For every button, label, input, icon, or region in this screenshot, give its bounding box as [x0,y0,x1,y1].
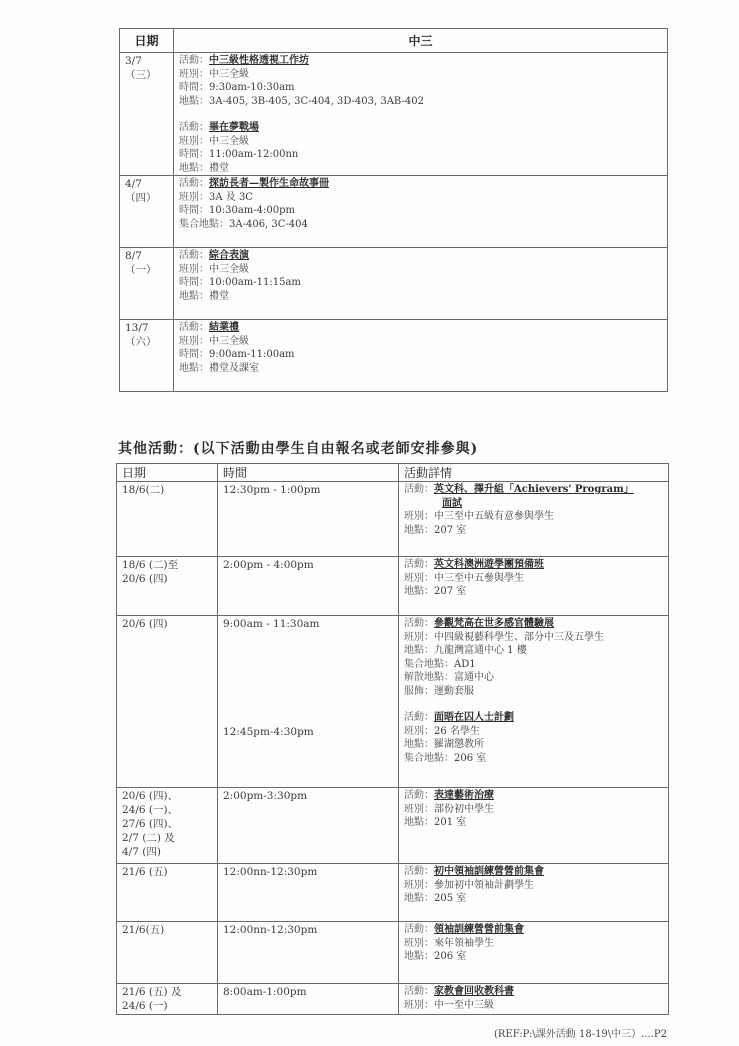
details-cell: 活動：中三級性格透視工作坊班別：中三全級時間：9:30am-10:30am地點：… [174,53,668,176]
field-value: 中三至中五級有意參與學生 [434,511,554,522]
activity-line: 時間：10:00am-11:15am [179,276,667,290]
activity-line: 地點：羅湖懲教所 [404,738,668,752]
activity-line: 地點：206 室 [404,950,668,964]
details-cell: 活動：領袖訓練營營前集會班別：來年領袖學生地點：206 室 [399,922,669,984]
activity-name: 初中領袖訓練營營前集會 [434,866,544,877]
activity-line: 活動：中三級性格透視工作坊 [179,54,667,68]
activity-line: 班別：中三全級 [179,68,667,82]
activity-line: 班別：3A 及 3C [179,191,667,205]
activity-block: 活動：面晤在囚人士計劃班別：26 名學生地點：羅湖懲教所集合地點：206 室 [404,711,668,765]
table-row: 21/6 (五) 及 24/6 (一)8:00am-1:00pm活動：家教會回收… [117,984,669,1015]
activity-line: 活動：參觀梵高在世多感官體驗展 [404,617,668,631]
field-label: 地點： [404,739,434,750]
time-cell: 8:00am-1:00pm [218,984,399,1015]
field-value: 中三全級 [209,69,249,80]
activity-line: 班別：中三全級 [179,335,667,349]
time-value: 12:30pm - 1:00pm [223,483,398,497]
field-label: 地點： [404,893,434,904]
field-label: 活動： [404,986,434,997]
activity-line: 活動：領袖訓練營營前集會 [404,923,668,937]
activity-line: 班別：中三至中五參與學生 [404,572,668,586]
activity-block: 活動：家教會回收教科書班別：中一至中三級 [404,985,668,1012]
activity-block: 活動：英文科澳洲遊學團預備班班別：中三至中五參與學生地點：207 室 [404,558,668,599]
activity-line: 班別：中一至中三級 [404,999,668,1013]
details-cell: 活動：參觀梵高在世多感官體驗展班別：中四級視藝科學生、部分中三及五學生地點：九龍… [399,616,669,788]
field-label: 活動： [179,178,209,189]
activity-block: 活動：參觀梵高在世多感官體驗展班別：中四級視藝科學生、部分中三及五學生地點：九龍… [404,617,668,698]
field-value: 中三全級 [209,264,249,275]
details-cell: 活動：綜合表演班別：中三全級時間：10:00am-11:15am地點：禮堂 [174,248,668,320]
activity-name: 家教會回收教科書 [434,986,514,997]
field-label: 班別： [404,726,434,737]
activity-line: 班別：部份初中學生 [404,803,668,817]
field-value: AD1 [454,659,476,670]
activity-line: 地點：禮堂及課室 [179,362,667,376]
activity-name: 英文科、擇升組「Achievers' Program」 [434,484,634,495]
field-value: 201 室 [434,817,466,828]
field-value: 中三全級 [209,136,249,147]
field-value: 禮堂 [209,163,229,174]
field-label: 時間： [179,149,209,160]
date-cell: 20/6 (四) [117,616,218,788]
activity-line: 班別：來年領袖學生 [404,937,668,951]
field-label: 活動： [404,924,434,935]
field-value: 207 室 [434,525,466,536]
activity-line: 活動：面晤在囚人士計劃 [404,711,668,725]
field-label: 服飾： [404,686,434,697]
page-reference-footer: (REF:P:\課外活動 18-19\中三）....P2 [494,1025,667,1040]
field-label: 班別： [404,632,434,643]
field-value: 來年領袖學生 [434,938,494,949]
field-value: 禮堂及課室 [209,363,259,374]
field-value: 中一至中三級 [434,1000,494,1011]
field-label: 活動： [404,484,434,495]
activity-line: 班別：中三全級 [179,263,667,277]
field-value: 3A 及 3C [209,192,253,203]
field-value: 參加初中領袖計劃學生 [434,880,534,891]
activity-line: 活動：家教會回收教科書 [404,985,668,999]
date-cell: 21/6(五) [117,922,218,984]
form3-schedule-table: 日期 中三 3/7 （三）活動：中三級性格透視工作坊班別：中三全級時間：9:30… [119,28,668,392]
activity-line: 集合地點：AD1 [404,658,668,672]
time-value: 12:45pm-4:30pm [223,725,398,739]
date-cell: 4/7 （四） [120,176,174,248]
activity-name: 面試 [442,498,462,509]
activity-block: 活動：畢在夢戰場班別：中三全級時間：11:00am-12:00nn地點：禮堂 [179,121,667,175]
activity-line: 集合地點：3A-406, 3C-404 [179,218,667,232]
activity-block: 活動：英文科、擇升組「Achievers' Program」面試班別：中三至中五… [404,483,668,537]
field-label: 班別： [179,192,209,203]
activity-line: 服飾：運動套服 [404,685,668,699]
time-value: 12:00nn-12:30pm [223,865,398,879]
header-details: 活動詳情 [399,464,669,482]
activity-line: 班別：26 名學生 [404,725,668,739]
activity-line: 活動：初中領袖訓練營營前集會 [404,865,668,879]
field-label: 班別： [179,336,209,347]
activity-line: 活動：畢在夢戰場 [179,121,667,135]
field-label: 班別： [404,938,434,949]
activity-name: 中三級性格透視工作坊 [209,55,309,66]
table-row: 21/6 (五)12:00nn-12:30pm活動：初中領袖訓練營營前集會班別：… [117,864,669,922]
activity-line: 活動：英文科澳洲遊學團預備班 [404,558,668,572]
field-value: 9:30am-10:30am [209,82,295,93]
table-row: 18/6 (二)至 20/6 (四)2:00pm - 4:00pm活動：英文科澳… [117,557,669,616]
field-value: 富通中心 [454,672,494,683]
field-value: 11:00am-12:00nn [209,149,298,160]
activity-line: 活動：表達藝術治療 [404,789,668,803]
date-cell: 18/6(二) [117,482,218,557]
field-label: 解散地點： [404,672,454,683]
field-label: 時間： [179,205,209,216]
field-label: 班別： [404,1000,434,1011]
field-label: 集合地點： [404,753,454,764]
field-label: 地點： [179,291,209,302]
activity-line: 地點：禮堂 [179,290,667,304]
table-header-row: 日期 中三 [120,29,668,53]
field-value: 中三至中五參與學生 [434,573,524,584]
field-value: 206 室 [434,951,466,962]
activity-name: 面晤在囚人士計劃 [434,712,514,723]
field-label: 活動： [404,866,434,877]
field-value: 9:00am-11:00am [209,349,295,360]
activity-line: 時間：10:30am-4:00pm [179,204,667,218]
header-date: 日期 [117,464,218,482]
activity-name: 結業禮 [209,322,239,333]
activity-block: 活動：表達藝術治療班別：部份初中學生地點：201 室 [404,789,668,830]
other-activities-table: 日期 時間 活動詳情 18/6(二)12:30pm - 1:00pm活動：英文科… [116,463,669,1015]
details-cell: 活動：英文科、擇升組「Achievers' Program」面試班別：中三至中五… [399,482,669,557]
field-value: 部份初中學生 [434,804,494,815]
time-cell: 12:00nn-12:30pm [218,864,399,922]
activity-line: 活動：綜合表演 [179,249,667,263]
field-label: 地點： [404,817,434,828]
time-value: 2:00pm - 4:00pm [223,558,398,572]
field-value: 3A-405, 3B-405, 3C-404, 3D-403, 3AB-402 [209,96,424,107]
field-value: 10:00am-11:15am [209,277,301,288]
activity-name: 綜合表演 [209,250,249,261]
field-label: 班別： [404,880,434,891]
field-label: 班別： [179,136,209,147]
field-value: 運動套服 [434,686,474,697]
activity-line: 地點：207 室 [404,524,668,538]
activity-name: 英文科澳洲遊學團預備班 [434,559,544,570]
activity-line: 班別：中三至中五級有意參與學生 [404,510,668,524]
activity-name: 領袖訓練營營前集會 [434,924,524,935]
time-value: 8:00am-1:00pm [223,985,398,999]
date-cell: 21/6 (五) 及 24/6 (一) [117,984,218,1015]
table-row: 18/6(二)12:30pm - 1:00pm活動：英文科、擇升組「Achiev… [117,482,669,557]
field-label: 地點： [404,525,434,536]
table-row: 20/6 (四)、 24/6 (一)、 27/6 (四)、 2/7 (二) 及 … [117,788,669,864]
field-label: 活動： [179,322,209,333]
field-label: 活動： [179,55,209,66]
field-label: 地點： [404,645,434,656]
time-cell: 12:30pm - 1:00pm [218,482,399,557]
activity-line: 班別：參加初中領袖計劃學生 [404,879,668,893]
activity-line: 地點：禮堂 [179,162,667,176]
field-value: 中三全級 [209,336,249,347]
time-cell: 2:00pm-3:30pm [218,788,399,864]
activity-line: 班別：中三全級 [179,135,667,149]
field-label: 地點： [179,363,209,374]
table-row: 21/6(五)12:00nn-12:30pm活動：領袖訓練營營前集會班別：來年領… [117,922,669,984]
activity-line: 地點：201 室 [404,816,668,830]
details-cell: 活動：表達藝術治療班別：部份初中學生地點：201 室 [399,788,669,864]
activity-name: 表達藝術治療 [434,790,494,801]
activity-line: 地點：九龍灣富通中心 1 樓 [404,644,668,658]
activity-line: 活動：結業禮 [179,321,667,335]
field-value: 205 室 [434,893,466,904]
activity-block: 活動：結業禮班別：中三全級時間：9:00am-11:00am地點：禮堂及課室 [179,321,667,375]
field-label: 集合地點： [404,659,454,670]
activity-line: 時間：11:00am-12:00nn [179,148,667,162]
table-row: 8/7 （一）活動：綜合表演班別：中三全級時間：10:00am-11:15am地… [120,248,668,320]
date-cell: 13/7 （六） [120,320,174,392]
field-label: 時間： [179,349,209,360]
activity-line: 地點：205 室 [404,892,668,906]
activity-block: 活動：初中領袖訓練營營前集會班別：參加初中領袖計劃學生地點：205 室 [404,865,668,906]
time-cell: 2:00pm - 4:00pm [218,557,399,616]
activity-line: 集合地點：206 室 [404,752,668,766]
activity-line: 地點：207 室 [404,585,668,599]
field-value: 羅湖懲教所 [434,739,484,750]
details-cell: 活動：探訪長者—製作生命故事冊班別：3A 及 3C時間：10:30am-4:00… [174,176,668,248]
date-cell: 20/6 (四)、 24/6 (一)、 27/6 (四)、 2/7 (二) 及 … [117,788,218,864]
date-cell: 18/6 (二)至 20/6 (四) [117,557,218,616]
header-grade: 中三 [174,29,668,53]
field-label: 活動： [404,618,434,629]
activity-line: 活動：英文科、擇升組「Achievers' Program」 [404,483,668,497]
activity-line: 時間：9:00am-11:00am [179,348,667,362]
activity-line: 時間：9:30am-10:30am [179,81,667,95]
details-cell: 活動：初中領袖訓練營營前集會班別：參加初中領袖計劃學生地點：205 室 [399,864,669,922]
activity-name: 畢在夢戰場 [209,122,259,133]
field-label: 集合地點： [179,219,229,230]
activity-block: 活動：中三級性格透視工作坊班別：中三全級時間：9:30am-10:30am地點：… [179,54,667,108]
date-cell: 3/7 （三） [120,53,174,176]
activity-line: 面試 [404,497,668,511]
field-value: 207 室 [434,586,466,597]
header-time: 時間 [218,464,399,482]
time-value: 12:00nn-12:30pm [223,923,398,937]
details-cell: 活動：英文科澳洲遊學團預備班班別：中三至中五參與學生地點：207 室 [399,557,669,616]
field-label: 地點： [179,163,209,174]
time-cell: 12:00nn-12:30pm [218,922,399,984]
field-value: 九龍灣富通中心 1 樓 [434,645,527,656]
header-date: 日期 [120,29,174,53]
field-label: 班別： [404,573,434,584]
time-value: 9:00am - 11:30am [223,617,398,631]
time-value: 2:00pm-3:30pm [223,789,398,803]
other-activities-heading: 其他活動：(以下活動由學生自由報名或老師安排參與) [118,438,478,458]
field-label: 活動： [404,790,434,801]
field-value: 中四級視藝科學生、部分中三及五學生 [434,632,604,643]
activity-line: 班別：中四級視藝科學生、部分中三及五學生 [404,631,668,645]
field-label: 地點： [404,951,434,962]
table-row: 4/7 （四）活動：探訪長者—製作生命故事冊班別：3A 及 3C時間：10:30… [120,176,668,248]
field-value: 26 名學生 [434,726,480,737]
table-header-row: 日期 時間 活動詳情 [117,464,669,482]
activity-block: 活動：領袖訓練營營前集會班別：來年領袖學生地點：206 室 [404,923,668,964]
field-value: 禮堂 [209,291,229,302]
field-label: 活動： [404,559,434,570]
field-label: 時間： [179,277,209,288]
field-label: 活動： [179,250,209,261]
table-row: 20/6 (四)9:00am - 11:30am12:45pm-4:30pm活動… [117,616,669,788]
activity-name: 探訪長者—製作生命故事冊 [209,178,329,189]
table-row: 3/7 （三）活動：中三級性格透視工作坊班別：中三全級時間：9:30am-10:… [120,53,668,176]
activity-line: 解散地點：富通中心 [404,671,668,685]
time-cell: 9:00am - 11:30am12:45pm-4:30pm [218,616,399,788]
date-cell: 8/7 （一） [120,248,174,320]
activity-line: 地點：3A-405, 3B-405, 3C-404, 3D-403, 3AB-4… [179,95,667,109]
table-row: 13/7 （六）活動：結業禮班別：中三全級時間：9:00am-11:00am地點… [120,320,668,392]
field-value: 10:30am-4:00pm [209,205,295,216]
field-label: 班別： [404,804,434,815]
field-label: 時間： [179,82,209,93]
field-label: 活動： [404,712,434,723]
field-label: 班別： [179,69,209,80]
field-value: 206 室 [454,753,486,764]
field-label: 地點： [179,96,209,107]
field-label: 班別： [404,511,434,522]
date-cell: 21/6 (五) [117,864,218,922]
details-cell: 活動：結業禮班別：中三全級時間：9:00am-11:00am地點：禮堂及課室 [174,320,668,392]
activity-block: 活動：探訪長者—製作生命故事冊班別：3A 及 3C時間：10:30am-4:00… [179,177,667,231]
field-value: 3A-406, 3C-404 [229,219,308,230]
field-label: 班別： [179,264,209,275]
field-label: 地點： [404,586,434,597]
details-cell: 活動：家教會回收教科書班別：中一至中三級 [399,984,669,1015]
activity-name: 參觀梵高在世多感官體驗展 [434,618,554,629]
field-label: 活動： [179,122,209,133]
activity-line: 活動：探訪長者—製作生命故事冊 [179,177,667,191]
activity-block: 活動：綜合表演班別：中三全級時間：10:00am-11:15am地點：禮堂 [179,249,667,303]
